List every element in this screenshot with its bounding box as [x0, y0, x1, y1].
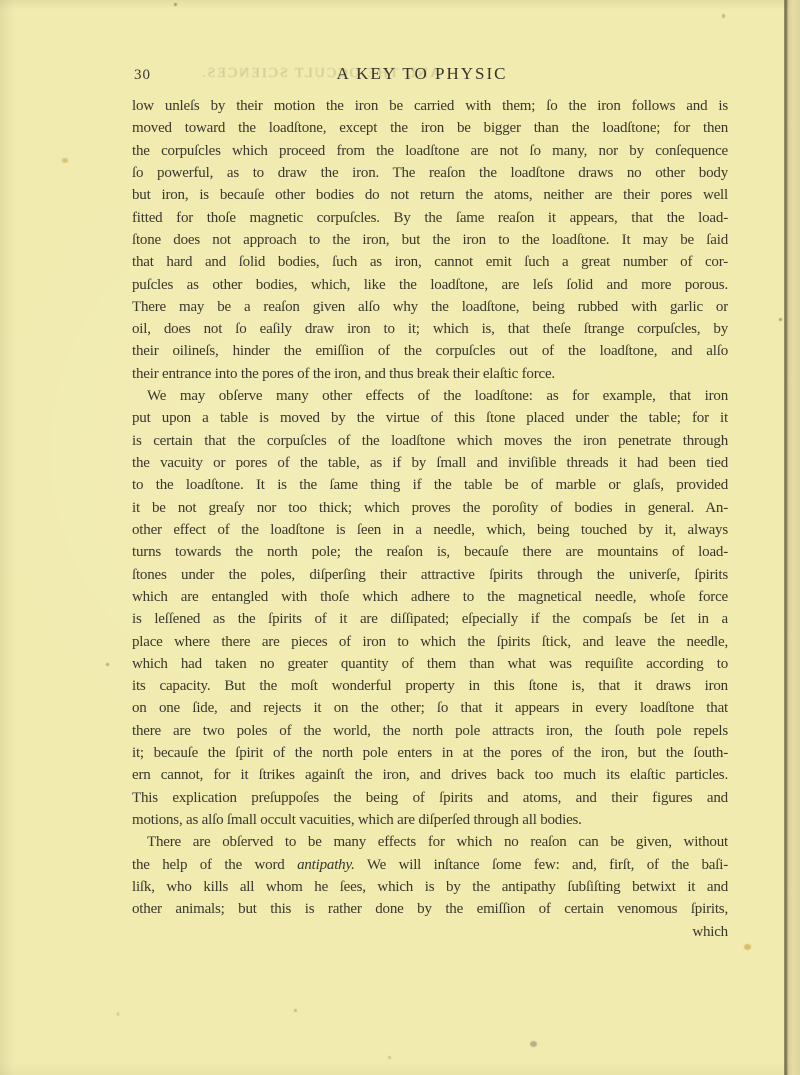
- text-line: other animals; but this is rather done b…: [132, 898, 728, 920]
- text-line: is certain that the corpuſcles of the lo…: [132, 430, 728, 452]
- text-line: place where there are pieces of iron to …: [132, 631, 728, 653]
- text-line: their oilineſs, hinder the emiſſion of t…: [132, 340, 728, 362]
- text-line: There are obſerved to be many effects fo…: [132, 831, 728, 853]
- text-line: liſk, who kills all whom he ſees, which …: [132, 876, 728, 898]
- text-line: is leſſened as the ſpirits of it are diſ…: [132, 608, 728, 630]
- text-line: which had taken no greater quantity of t…: [132, 653, 728, 675]
- text-line: This explication preſuppoſes the being o…: [132, 787, 728, 809]
- text-line: their entrance into the pores of the iro…: [132, 363, 728, 385]
- text-line: the corpuſcles which proceed from the lo…: [132, 140, 728, 162]
- text-line: to the loadſtone. It is the ſame thing i…: [132, 474, 728, 496]
- text-line: that hard and ſolid bodies, ſuch as iron…: [132, 251, 728, 273]
- foxing-spot: [744, 944, 751, 950]
- text-line: it be not greaſy nor too thick; which pr…: [132, 497, 728, 519]
- foxing-spot: [294, 1009, 297, 1012]
- page-edge: [784, 0, 800, 1075]
- text-line: motions, as alſo ſmall occult vacuities,…: [132, 809, 728, 831]
- text-line: put upon a table is moved by the virtue …: [132, 407, 728, 429]
- book-page-scan: AND THE OCCULT SCIENCES. 30 A KEY TO PHY…: [0, 0, 800, 1075]
- text-line: the vacuity or pores of the table, as if…: [132, 452, 728, 474]
- running-title: A KEY TO PHYSIC: [124, 64, 720, 84]
- text-segment: the help of the word: [132, 857, 297, 873]
- foxing-spot: [722, 14, 725, 18]
- foxing-spot: [62, 158, 68, 163]
- text-line: ern cannot, for it ſtrikes againſt the i…: [132, 764, 728, 786]
- text-line: oil, does not ſo eaſily draw iron to it;…: [132, 318, 728, 340]
- text-segment: We will inſtance ſome few: and, firſt, o…: [355, 857, 728, 873]
- body-text: low unleſs by their motion the iron be c…: [132, 95, 728, 943]
- text-line: ſo powerful, as to draw the iron. The re…: [132, 162, 728, 184]
- text-line: There may be a reaſon given alſo why the…: [132, 296, 728, 318]
- foxing-spot: [117, 1012, 119, 1016]
- text-line: fitted for thoſe magnetic corpuſcles. By…: [132, 207, 728, 229]
- text-line: ſtone does not approach to the iron, but…: [132, 229, 728, 251]
- italic-word: antipathy.: [297, 857, 355, 873]
- text-line: the help of the word antipathy. We will …: [132, 854, 728, 876]
- text-line: but iron, is becauſe other bodies do not…: [132, 184, 728, 206]
- text-line: it; becauſe the ſpirit of the north pole…: [132, 742, 728, 764]
- text-line: puſcles as other bodies, which, like the…: [132, 274, 728, 296]
- foxing-spot: [388, 1056, 391, 1059]
- text-line: there are two poles of the world, the no…: [132, 720, 728, 742]
- text-line: other effect of the loadſtone is ſeen in…: [132, 519, 728, 541]
- text-line: low unleſs by their motion the iron be c…: [132, 95, 728, 117]
- foxing-spot: [174, 3, 177, 6]
- text-line: moved toward the loadſtone, except the i…: [132, 117, 728, 139]
- foxing-spot: [106, 663, 109, 666]
- catchword: which: [132, 921, 728, 943]
- text-line: turns towards the north pole; the reaſon…: [132, 541, 728, 563]
- text-line: which are entangled with thoſe which adh…: [132, 586, 728, 608]
- text-line: We may obſerve many other effects of the…: [132, 385, 728, 407]
- foxing-spot: [779, 318, 782, 321]
- text-line: on one ſide, and rejects it on the other…: [132, 697, 728, 719]
- text-line: its capacity. But the moſt wonderful pro…: [132, 675, 728, 697]
- foxing-spot: [530, 1041, 537, 1047]
- text-line: ſtones under the poles, diſperſing their…: [132, 564, 728, 586]
